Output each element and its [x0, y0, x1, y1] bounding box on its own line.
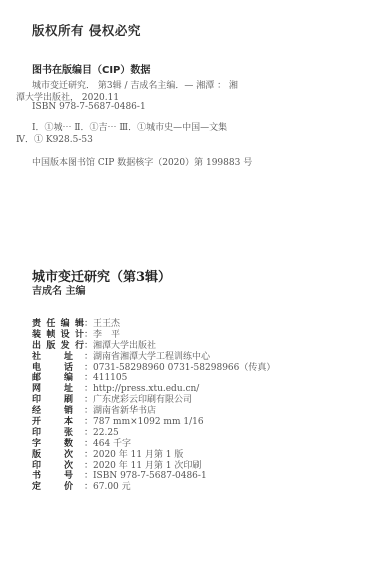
- colophon-label: 书号：: [32, 471, 93, 482]
- colophon-label: 邮编：: [32, 373, 93, 384]
- colophon-label: 电话：: [32, 363, 93, 374]
- colophon-value: 湖南省新华书店: [93, 406, 156, 417]
- colophon-row: 书号：ISBN 978-7-5687-0486-1: [32, 471, 275, 482]
- colophon-value: 广东虎彩云印刷有限公司: [93, 395, 192, 406]
- colophon-label: 经销：: [32, 406, 93, 417]
- colophon-row: 版次：2020 年 11 月第 1 版: [32, 450, 275, 461]
- colophon-label: 网址：: [32, 384, 93, 395]
- colophon-row: 开本：787 mm×1092 mm 1/16: [32, 417, 275, 428]
- colophon-row: 印张：22.25: [32, 428, 275, 439]
- colophon-row: 电话：0731-58298960 0731-58298966（传真）: [32, 363, 275, 374]
- colophon-label: 出版发行：: [32, 341, 93, 352]
- cip-classification-line: Ⅳ．① K928.5-53: [16, 132, 93, 145]
- colophon-label: 版次：: [32, 450, 93, 461]
- colophon-value: 2020 年 11 月第 1 次印刷: [93, 461, 201, 472]
- colophon-value: http://press.xtu.edu.cn/: [93, 384, 199, 395]
- colophon-label: 定价：: [32, 482, 93, 493]
- colophon-row: 邮编：411105: [32, 373, 275, 384]
- colophon-label: 印次：: [32, 461, 93, 472]
- colophon-row: 社址：湖南省湘潭大学工程训练中心: [32, 352, 275, 363]
- colophon-label: 社址：: [32, 352, 93, 363]
- colophon-value: 787 mm×1092 mm 1/16: [93, 417, 204, 428]
- colophon-row: 出版发行：湘潭大学出版社: [32, 341, 275, 352]
- colophon-label: 责任编辑：: [32, 319, 93, 330]
- colophon-label: 开本：: [32, 417, 93, 428]
- colophon-value: 0731-58298960 0731-58298966（传真）: [93, 363, 275, 374]
- colophon-row: 经销：湖南省新华书店: [32, 406, 275, 417]
- colophon-label: 装帧设计：: [32, 330, 93, 341]
- colophon-value: 湘潭大学出版社: [93, 341, 156, 352]
- colophon-label: 字数：: [32, 439, 93, 450]
- colophon-value: 李 平: [93, 330, 120, 341]
- colophon-row: 责任编辑：王王杰: [32, 319, 275, 330]
- colophon-value: 2020 年 11 月第 1 版: [93, 450, 183, 461]
- colophon-value: 22.25: [93, 428, 119, 439]
- colophon-value: 湖南省湘潭大学工程训练中心: [93, 352, 210, 363]
- colophon-row: 印次：2020 年 11 月第 1 次印刷: [32, 461, 275, 472]
- cip-isbn-line: ISBN 978-7-5687-0486-1: [32, 102, 146, 112]
- copyright-notice: 版权所有 侵权必究: [32, 21, 141, 39]
- cip-verification-number: 中国版本图书馆 CIP 数据核字（2020）第 199883 号: [32, 155, 252, 168]
- colophon-value: 67.00 元: [93, 482, 131, 493]
- cip-heading: 图书在版编目（CIP）数据: [32, 61, 150, 76]
- colophon-row: 装帧设计：李 平: [32, 330, 275, 341]
- colophon-row: 定价：67.00 元: [32, 482, 275, 493]
- colophon-table: 责任编辑：王王杰装帧设计：李 平出版发行：湘潭大学出版社社址：湖南省湘潭大学工程…: [32, 319, 275, 493]
- colophon-row: 字数：464 千字: [32, 439, 275, 450]
- book-editor: 吉成名 主编: [32, 282, 85, 297]
- colophon-label: 印刷：: [32, 395, 93, 406]
- colophon-row: 网址：http://press.xtu.edu.cn/: [32, 384, 275, 395]
- colophon-row: 印刷：广东虎彩云印刷有限公司: [32, 395, 275, 406]
- colophon-label: 印张：: [32, 428, 93, 439]
- colophon-value: ISBN 978-7-5687-0486-1: [93, 471, 207, 482]
- colophon-value: 464 千字: [93, 439, 131, 450]
- colophon-value: 411105: [93, 373, 127, 384]
- colophon-value: 王王杰: [93, 319, 120, 330]
